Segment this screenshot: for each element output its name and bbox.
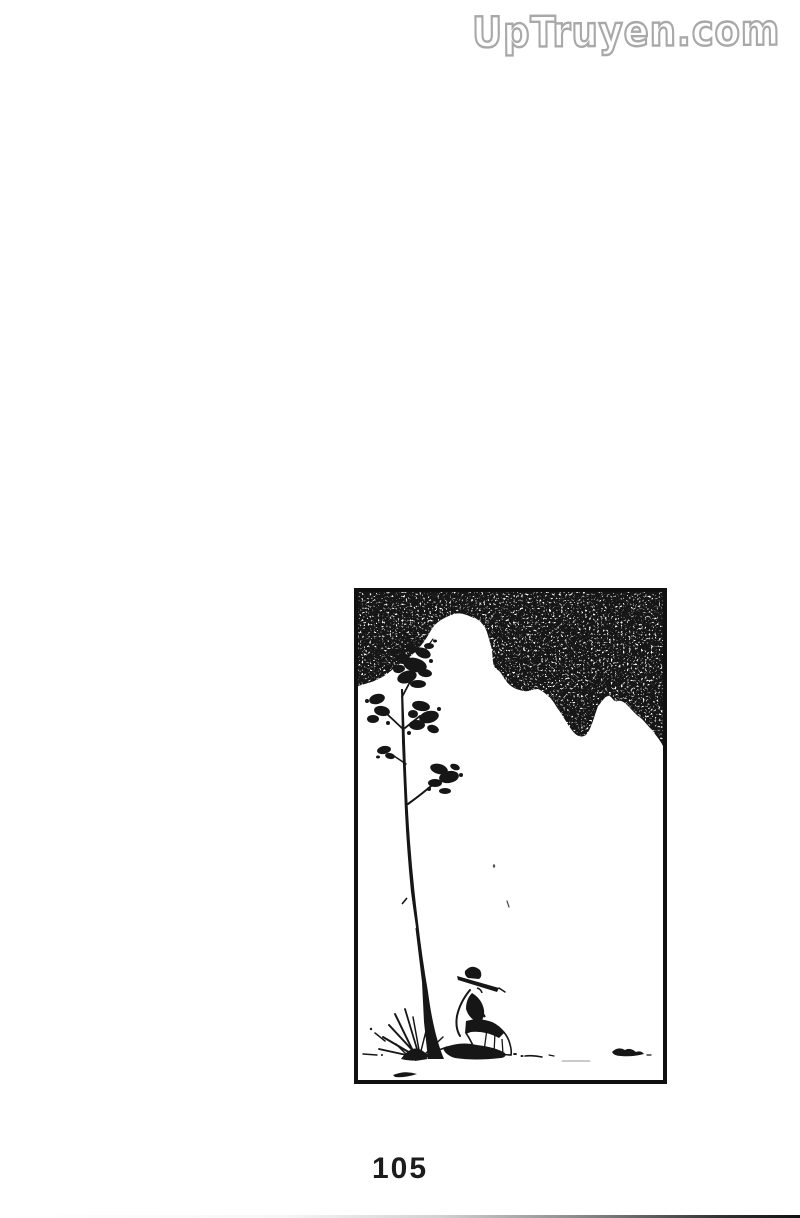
tree [365, 638, 463, 1061]
site-watermark: UpTruyen.com [472, 8, 780, 57]
page-number: 105 [0, 1152, 800, 1186]
illustration-svg [358, 592, 663, 1080]
stray-specks [493, 864, 509, 907]
illustration-panel [354, 588, 667, 1084]
seated-person [443, 967, 524, 1060]
hat-crown [465, 967, 481, 979]
person-arm [466, 993, 484, 1023]
manga-page: UpTruyen.com [0, 0, 800, 1218]
tree-trunk [401, 689, 444, 1059]
